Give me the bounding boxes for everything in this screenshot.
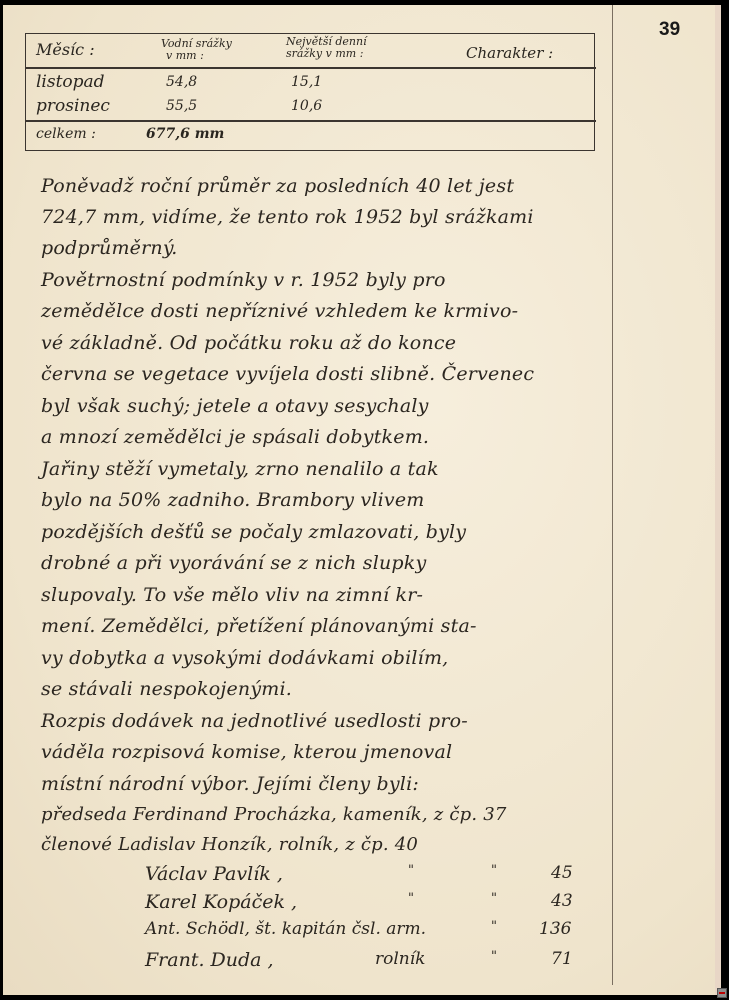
member-occupation: " [408,863,414,878]
row-rainfall: 54,8 [166,74,197,90]
member-cp: 45 [551,863,573,883]
member-name: Karel Kopáček , [145,891,297,913]
text-line: zemědělce dosti nepříznivé vzhledem ke k… [41,300,518,322]
text-line: Povětrnostní podmínky v r. 1952 byly pro [41,269,446,291]
member-name: Václav Pavlík , [145,863,283,885]
text-line: června se vegetace vyvíjela dosti slibně… [41,363,534,385]
text-line: Rozpis dodávek na jednotlivé usedlosti p… [41,710,468,732]
row-rainfall: 55,5 [166,98,197,114]
text-line: pozdějších dešťů se počaly zmlazovati, b… [41,521,466,543]
page-edge [715,5,721,995]
header-max-daily-line2: srážky v mm : [286,48,363,59]
header-character: Charakter : [466,44,553,62]
member-cp-mark: " [491,949,497,964]
text-line: místní národní výbor. Jejími členy byli: [41,773,419,795]
row-max-daily: 10,6 [291,98,322,114]
text-line: mení. Zemědělci, přetížení plánovanými s… [41,615,477,637]
total-label: celkem : [36,126,96,142]
member-cp-mark: " [491,919,497,934]
text-line: členové Ladislav Honzík, rolník, z čp. 4… [41,834,418,855]
header-max-daily-line1: Největší denní [286,36,367,47]
text-line: vé základně. Od počátku roku až do konce [41,332,456,354]
row-max-daily: 15,1 [291,74,322,90]
member-cp-mark: " [491,891,497,906]
member-cp-mark: " [491,863,497,878]
member-occupation: rolník [375,949,426,969]
text-line: byl však suchý; jetele a otavy sesychaly [41,395,429,417]
text-line: podprůměrný. [41,237,177,259]
text-line: bylo na 50% zadniho. Brambory vlivem [41,489,425,511]
member-occupation: " [408,891,414,906]
text-line: slupovaly. To vše mělo vliv na zimní kr- [41,584,423,606]
margin-line [612,5,613,985]
member-cp: 71 [551,949,573,969]
precipitation-table: Měsíc : Vodní srážky v mm : Největší den… [25,33,595,151]
text-line: a mnozí zemědělci je spásali dobytkem. [41,426,429,448]
total-value: 677,6 mm [146,126,224,142]
header-rainfall-line2: v mm : [166,50,204,61]
text-line: váděla rozpisová komise, kterou jmenoval [41,741,452,763]
member-cp: 43 [551,891,573,911]
member-cp: 136 [539,919,571,939]
member-name: Frant. Duda , [145,949,274,971]
member-name: Ant. Schödl, št. kapitán čsl. arm. [145,919,426,939]
text-line: Jařiny stěží vymetaly, zrno nenalilo a t… [41,458,439,480]
text-line: drobné a při vyorávání se z nich slupky [41,552,426,574]
row-month: listopad [36,72,105,92]
header-rainfall-line1: Vodní srážky [161,38,232,49]
document-page: 39 Měsíc : Vodní srážky v mm : Největší … [3,5,721,995]
text-line: 724,7 mm, vidíme, že tento rok 1952 byl … [41,206,534,228]
table-total-divider [26,120,596,122]
text-line: předseda Ferdinand Procházka, kameník, z… [41,804,507,825]
text-line: Poněvadž roční průměr za posledních 40 l… [41,175,514,197]
table-header-divider [26,67,596,69]
text-line: se stávali nespokojenými. [41,678,292,700]
page-number: 39 [659,19,680,41]
header-month: Měsíc : [36,40,95,59]
row-month: prosinec [36,96,110,116]
text-line: vy dobytka a vysokými dodávkami obilím, [41,647,448,669]
minimize-icon[interactable] [717,988,727,998]
